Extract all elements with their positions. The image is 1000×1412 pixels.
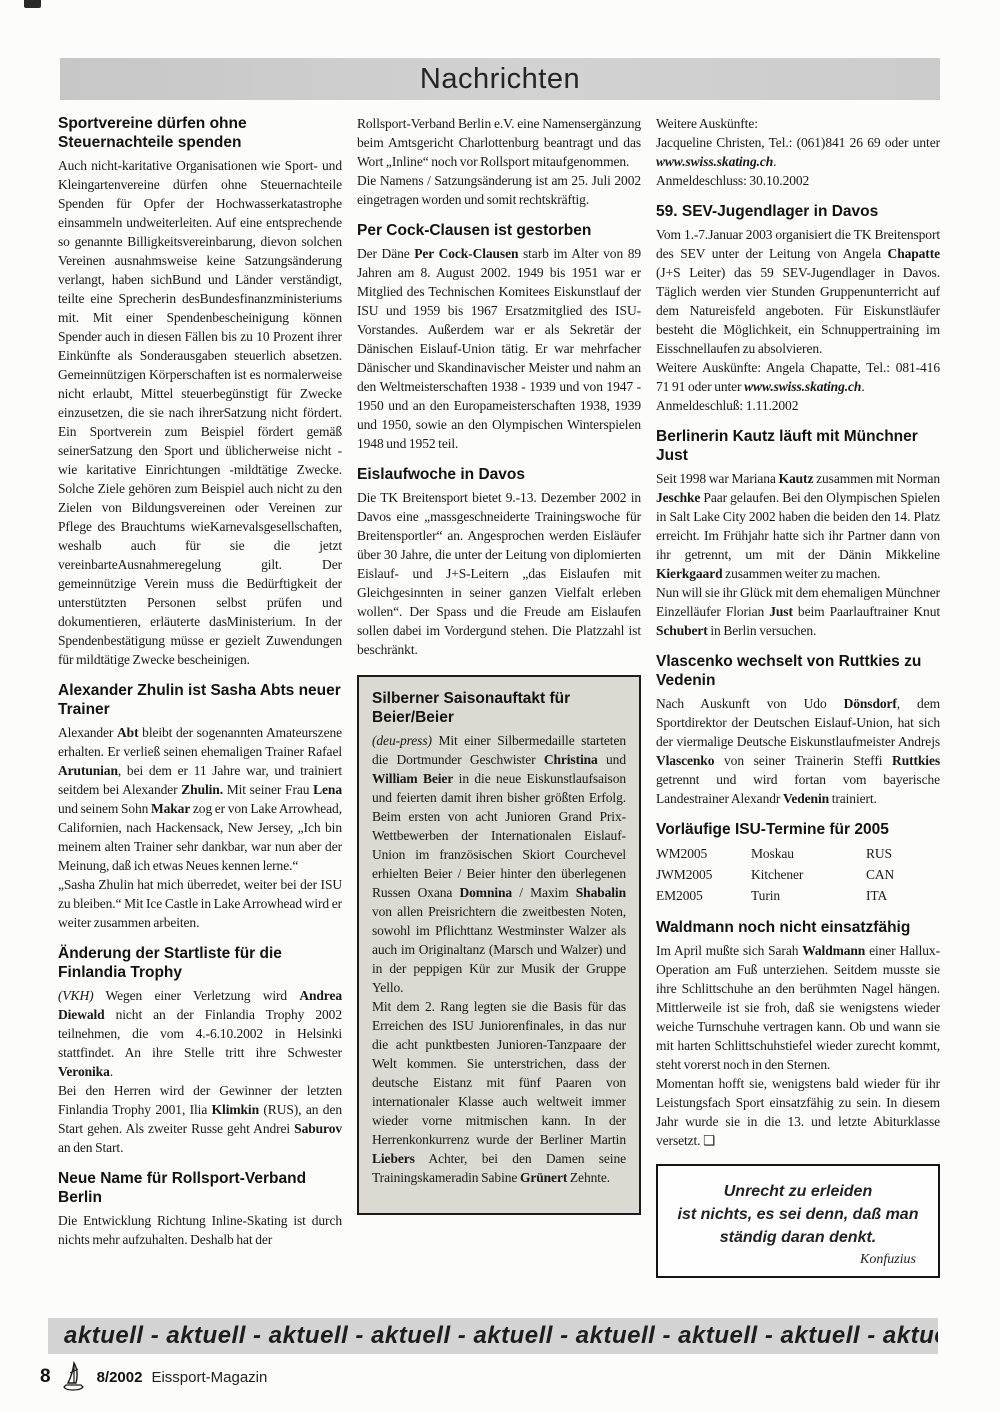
article-paragraph: Die Entwicklung Richtung Inline-Skating … (58, 1211, 342, 1249)
article-paragraph: Die Namens / Satzungsänderung ist am 25.… (357, 171, 641, 209)
article-paragraph: Seit 1998 war Mariana Kautz zusammen mit… (656, 469, 940, 583)
event-cell: EM2005 (656, 885, 751, 906)
city-cell: Turin (751, 885, 866, 906)
ticker-text: aktuell - aktuell - aktuell - aktuell - … (48, 1322, 938, 1350)
event-cell: WM2005 (656, 843, 751, 864)
article-heading: 59. SEV-Jugendlager in Davos (656, 202, 940, 221)
country-cell: RUS (866, 843, 940, 864)
article-paragraph: Alexander Abt bleibt der sogenannten Ama… (58, 723, 342, 875)
article-heading: Neue Name für Rollsport-Verband Berlin (58, 1169, 342, 1207)
country-cell: ITA (866, 885, 940, 906)
article-heading: Waldmann noch nicht einsatzfähig (656, 918, 940, 937)
isu-dates-table: WM2005 Moskau RUS JWM2005 Kitchener CAN … (656, 843, 940, 906)
article-paragraph: Nun will sie ihr Glück mit dem ehemalige… (656, 583, 940, 640)
article-heading: Silberner Saisonauftakt für Beier/Beier (372, 689, 626, 727)
article-paragraph: (deu-press) Mit einer Silbermedaille sta… (372, 731, 626, 997)
article-paragraph: Momentan hofft sie, wenigstens bald wied… (656, 1074, 940, 1150)
article-heading: Alexander Zhulin ist Sasha Abts neuer Tr… (58, 681, 342, 719)
column-3: Weitere Auskünfte: Jacqueline Christen, … (656, 112, 940, 1316)
article-paragraph: Die TK Breitensport bietet 9.-13. Dezemb… (357, 488, 641, 659)
highlight-box: Silberner Saisonauftakt für Beier/Beier … (357, 675, 641, 1215)
quote-line: ist nichts, es sei denn, daß man (670, 1203, 926, 1226)
article-paragraph: (VKH) Wegen einer Verletzung wird Andrea… (58, 986, 342, 1081)
article-heading: Berlinerin Kautz läuft mit Münchner Just (656, 427, 940, 465)
article-heading: Sportvereine dürfen ohne Steuernachteile… (58, 114, 342, 152)
article-heading: Vlascenko wechselt von Ruttkies zu Veden… (656, 652, 940, 690)
column-2: Rollsport-Verband Berlin e.V. eine Namen… (357, 112, 641, 1316)
table-row: JWM2005 Kitchener CAN (656, 864, 940, 885)
contact-line: Weitere Auskünfte: (656, 114, 940, 133)
article-columns: Sportvereine dürfen ohne Steuernachteile… (58, 112, 940, 1316)
article-heading: Per Cock-Clausen ist gestorben (357, 221, 641, 240)
page-footer: 8 8/2002 Eissport-Magazin (40, 1360, 267, 1394)
table-row: WM2005 Moskau RUS (656, 843, 940, 864)
article-paragraph: Rollsport-Verband Berlin e.V. eine Namen… (357, 114, 641, 171)
article-paragraph: Vom 1.-7.Januar 2003 organisiert die TK … (656, 225, 940, 358)
magazine-page: Nachrichten Sportvereine dürfen ohne Ste… (0, 0, 1000, 1412)
article-heading: Eislaufwoche in Davos (357, 465, 641, 484)
article-paragraph: Der Däne Per Cock-Clausen starb im Alter… (357, 244, 641, 453)
article-paragraph: Nach Auskunft von Udo Dönsdorf, dem Spor… (656, 694, 940, 808)
page-title: Nachrichten (420, 63, 580, 96)
contact-line: Jacqueline Christen, Tel.: (061)841 26 6… (656, 133, 940, 171)
scan-artifact (24, 0, 41, 8)
magazine-name: Eissport-Magazin (151, 1369, 267, 1386)
contact-line: Anmeldeschluss: 30.10.2002 (656, 171, 940, 190)
article-paragraph: Weitere Auskünfte: Angela Chapatte, Tel.… (656, 358, 940, 396)
article-paragraph: Auch nicht-karitative Organisationen wie… (58, 156, 342, 669)
aktuell-ticker-bar: aktuell - aktuell - aktuell - aktuell - … (48, 1318, 938, 1354)
article-paragraph: Im April mußte sich Sarah Waldmann einer… (656, 941, 940, 1074)
magazine-logo-icon (60, 1361, 88, 1393)
quote-box: Unrecht zu erleiden ist nichts, es sei d… (656, 1164, 940, 1278)
section-header-bar: Nachrichten (60, 58, 940, 100)
article-paragraph: Anmeldeschluß: 1.11.2002 (656, 396, 940, 415)
event-cell: JWM2005 (656, 864, 751, 885)
issue-label: 8/2002 (97, 1369, 143, 1386)
quote-line: Unrecht zu erleiden (670, 1180, 926, 1203)
table-row: EM2005 Turin ITA (656, 885, 940, 906)
city-cell: Kitchener (751, 864, 866, 885)
country-cell: CAN (866, 864, 940, 885)
quote-line: ständig daran denkt. (670, 1226, 926, 1249)
article-heading: Vorläufige ISU-Termine für 2005 (656, 820, 940, 839)
city-cell: Moskau (751, 843, 866, 864)
article-heading: Änderung der Startliste für die Finlandi… (58, 944, 342, 982)
page-number: 8 (40, 1366, 51, 1388)
quote-attribution: Konfuzius (670, 1252, 926, 1268)
article-paragraph: Mit dem 2. Rang legten sie die Basis für… (372, 997, 626, 1187)
article-paragraph: Bei den Herren wird der Gewinner der let… (58, 1081, 342, 1157)
column-1: Sportvereine dürfen ohne Steuernachteile… (58, 112, 342, 1316)
article-paragraph: „Sasha Zhulin hat mich überredet, weiter… (58, 875, 342, 932)
